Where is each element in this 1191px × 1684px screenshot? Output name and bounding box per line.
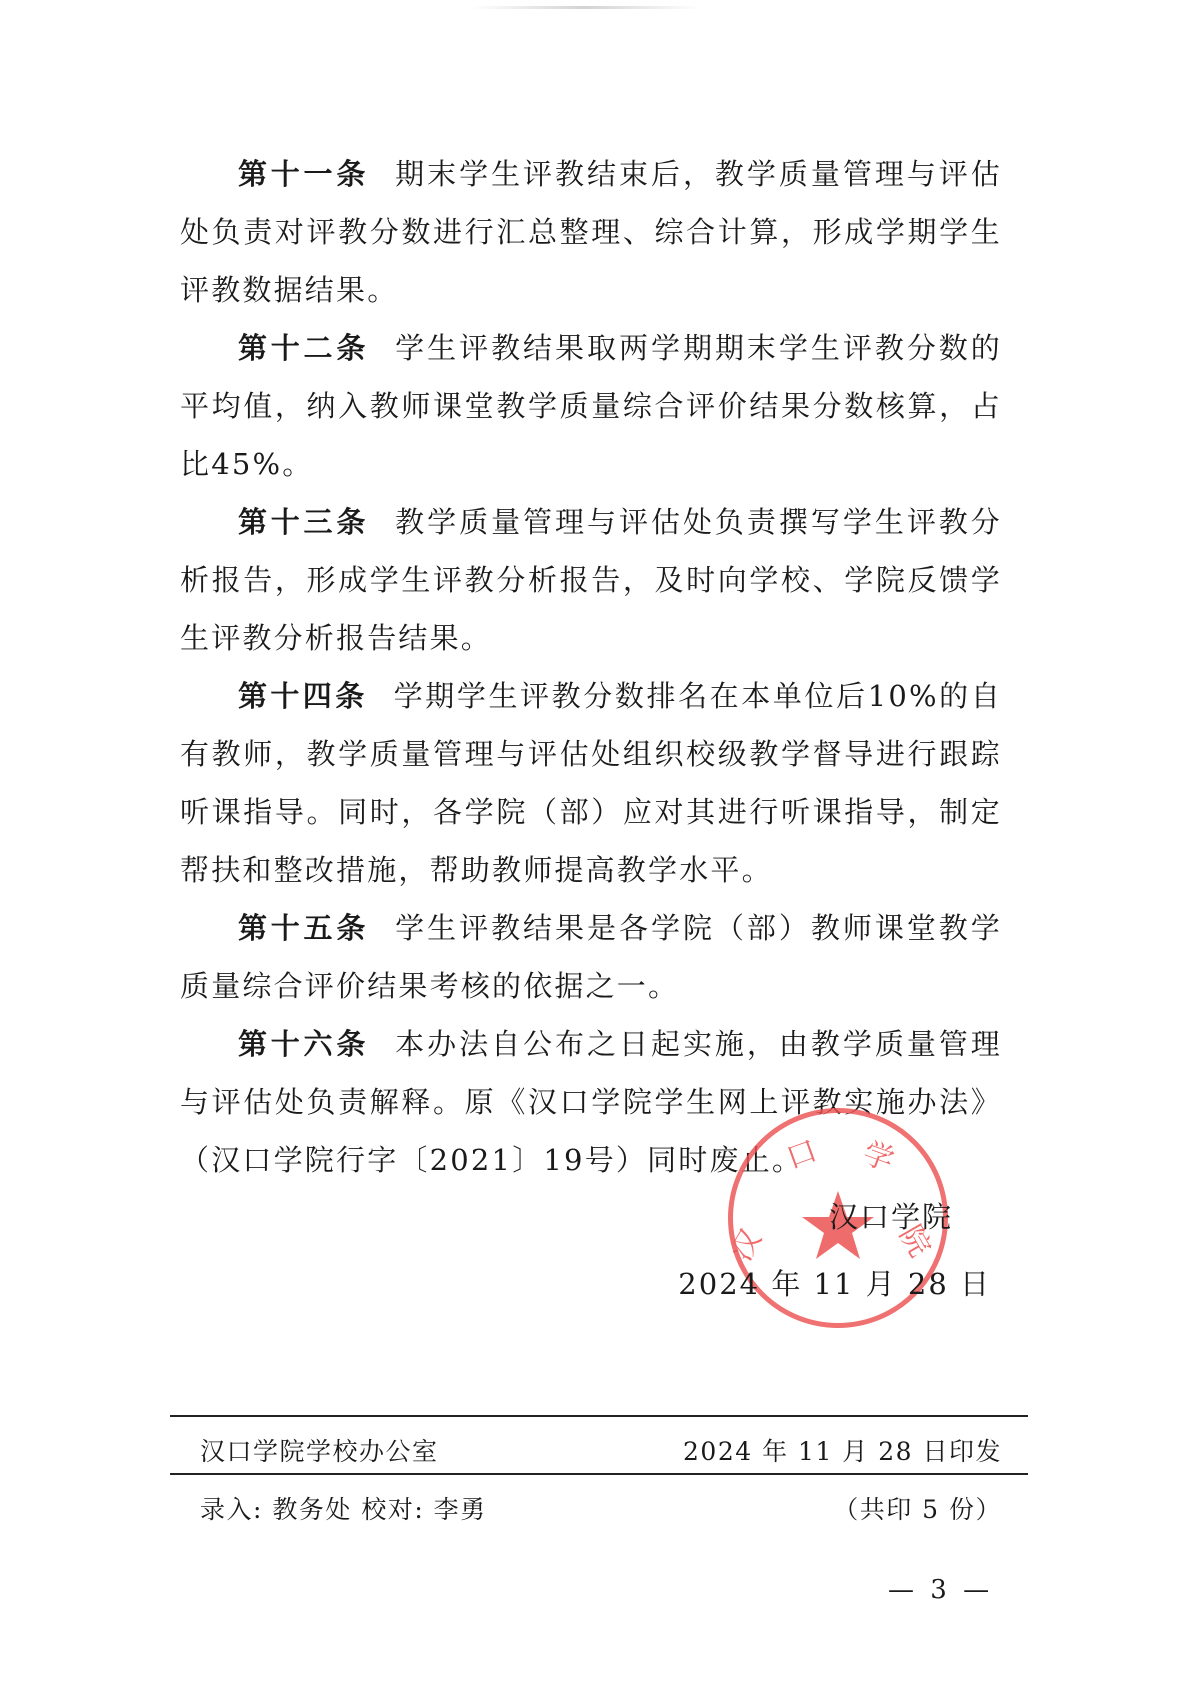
article-12: 第十二条学生评教结果取两学期期末学生评教分数的平均值，纳入教师课堂教学质量综合评…	[180, 319, 1002, 493]
issuer: 汉口学院学校办公室	[200, 1432, 439, 1468]
svg-text:汉: 汉	[733, 1224, 769, 1267]
svg-text:口: 口	[782, 1133, 822, 1176]
svg-text:学: 学	[858, 1136, 898, 1179]
page-number: — 3 —	[888, 1575, 993, 1605]
footer-divider-mid	[170, 1473, 1028, 1475]
footer-divider-top	[170, 1415, 1028, 1417]
footer-record-row: 录入: 教务处 校对: 李勇 （共印 5 份）	[200, 1490, 1002, 1526]
entry-proofread: 录入: 教务处 校对: 李勇	[200, 1490, 487, 1526]
article-title: 第十三条	[238, 505, 369, 539]
issue-date: 2024 年 11 月 28 日印发	[683, 1432, 1002, 1468]
article-title: 第十二条	[238, 331, 369, 365]
article-15: 第十五条学生评教结果是各学院（部）教师课堂教学质量综合评价结果考核的依据之一。	[180, 899, 1002, 1015]
copies-count: （共印 5 份）	[833, 1490, 1002, 1526]
article-title: 第十一条	[238, 157, 369, 191]
article-14: 第十四条学期学生评教分数排名在本单位后10%的自有教师，教学质量管理与评估处组织…	[180, 667, 1002, 899]
document-body: 第十一条期末学生评教结束后，教学质量管理与评估处负责对评教分数进行汇总整理、综合…	[180, 145, 1002, 1189]
signature-date: 2024 年 11 月 28 日	[678, 1262, 991, 1303]
article-title: 第十六条	[238, 1027, 369, 1061]
footer-issue-row: 汉口学院学校办公室 2024 年 11 月 28 日印发	[200, 1432, 1002, 1468]
article-13: 第十三条教学质量管理与评估处负责撰写学生评教分析报告，形成学生评教分析报告，及时…	[180, 493, 1002, 667]
article-11: 第十一条期末学生评教结束后，教学质量管理与评估处负责对评教分数进行汇总整理、综合…	[180, 145, 1002, 319]
scan-artifact	[470, 6, 700, 9]
signature-organization: 汉口学院	[829, 1195, 953, 1236]
article-title: 第十五条	[238, 911, 369, 945]
article-title: 第十四条	[238, 679, 368, 713]
